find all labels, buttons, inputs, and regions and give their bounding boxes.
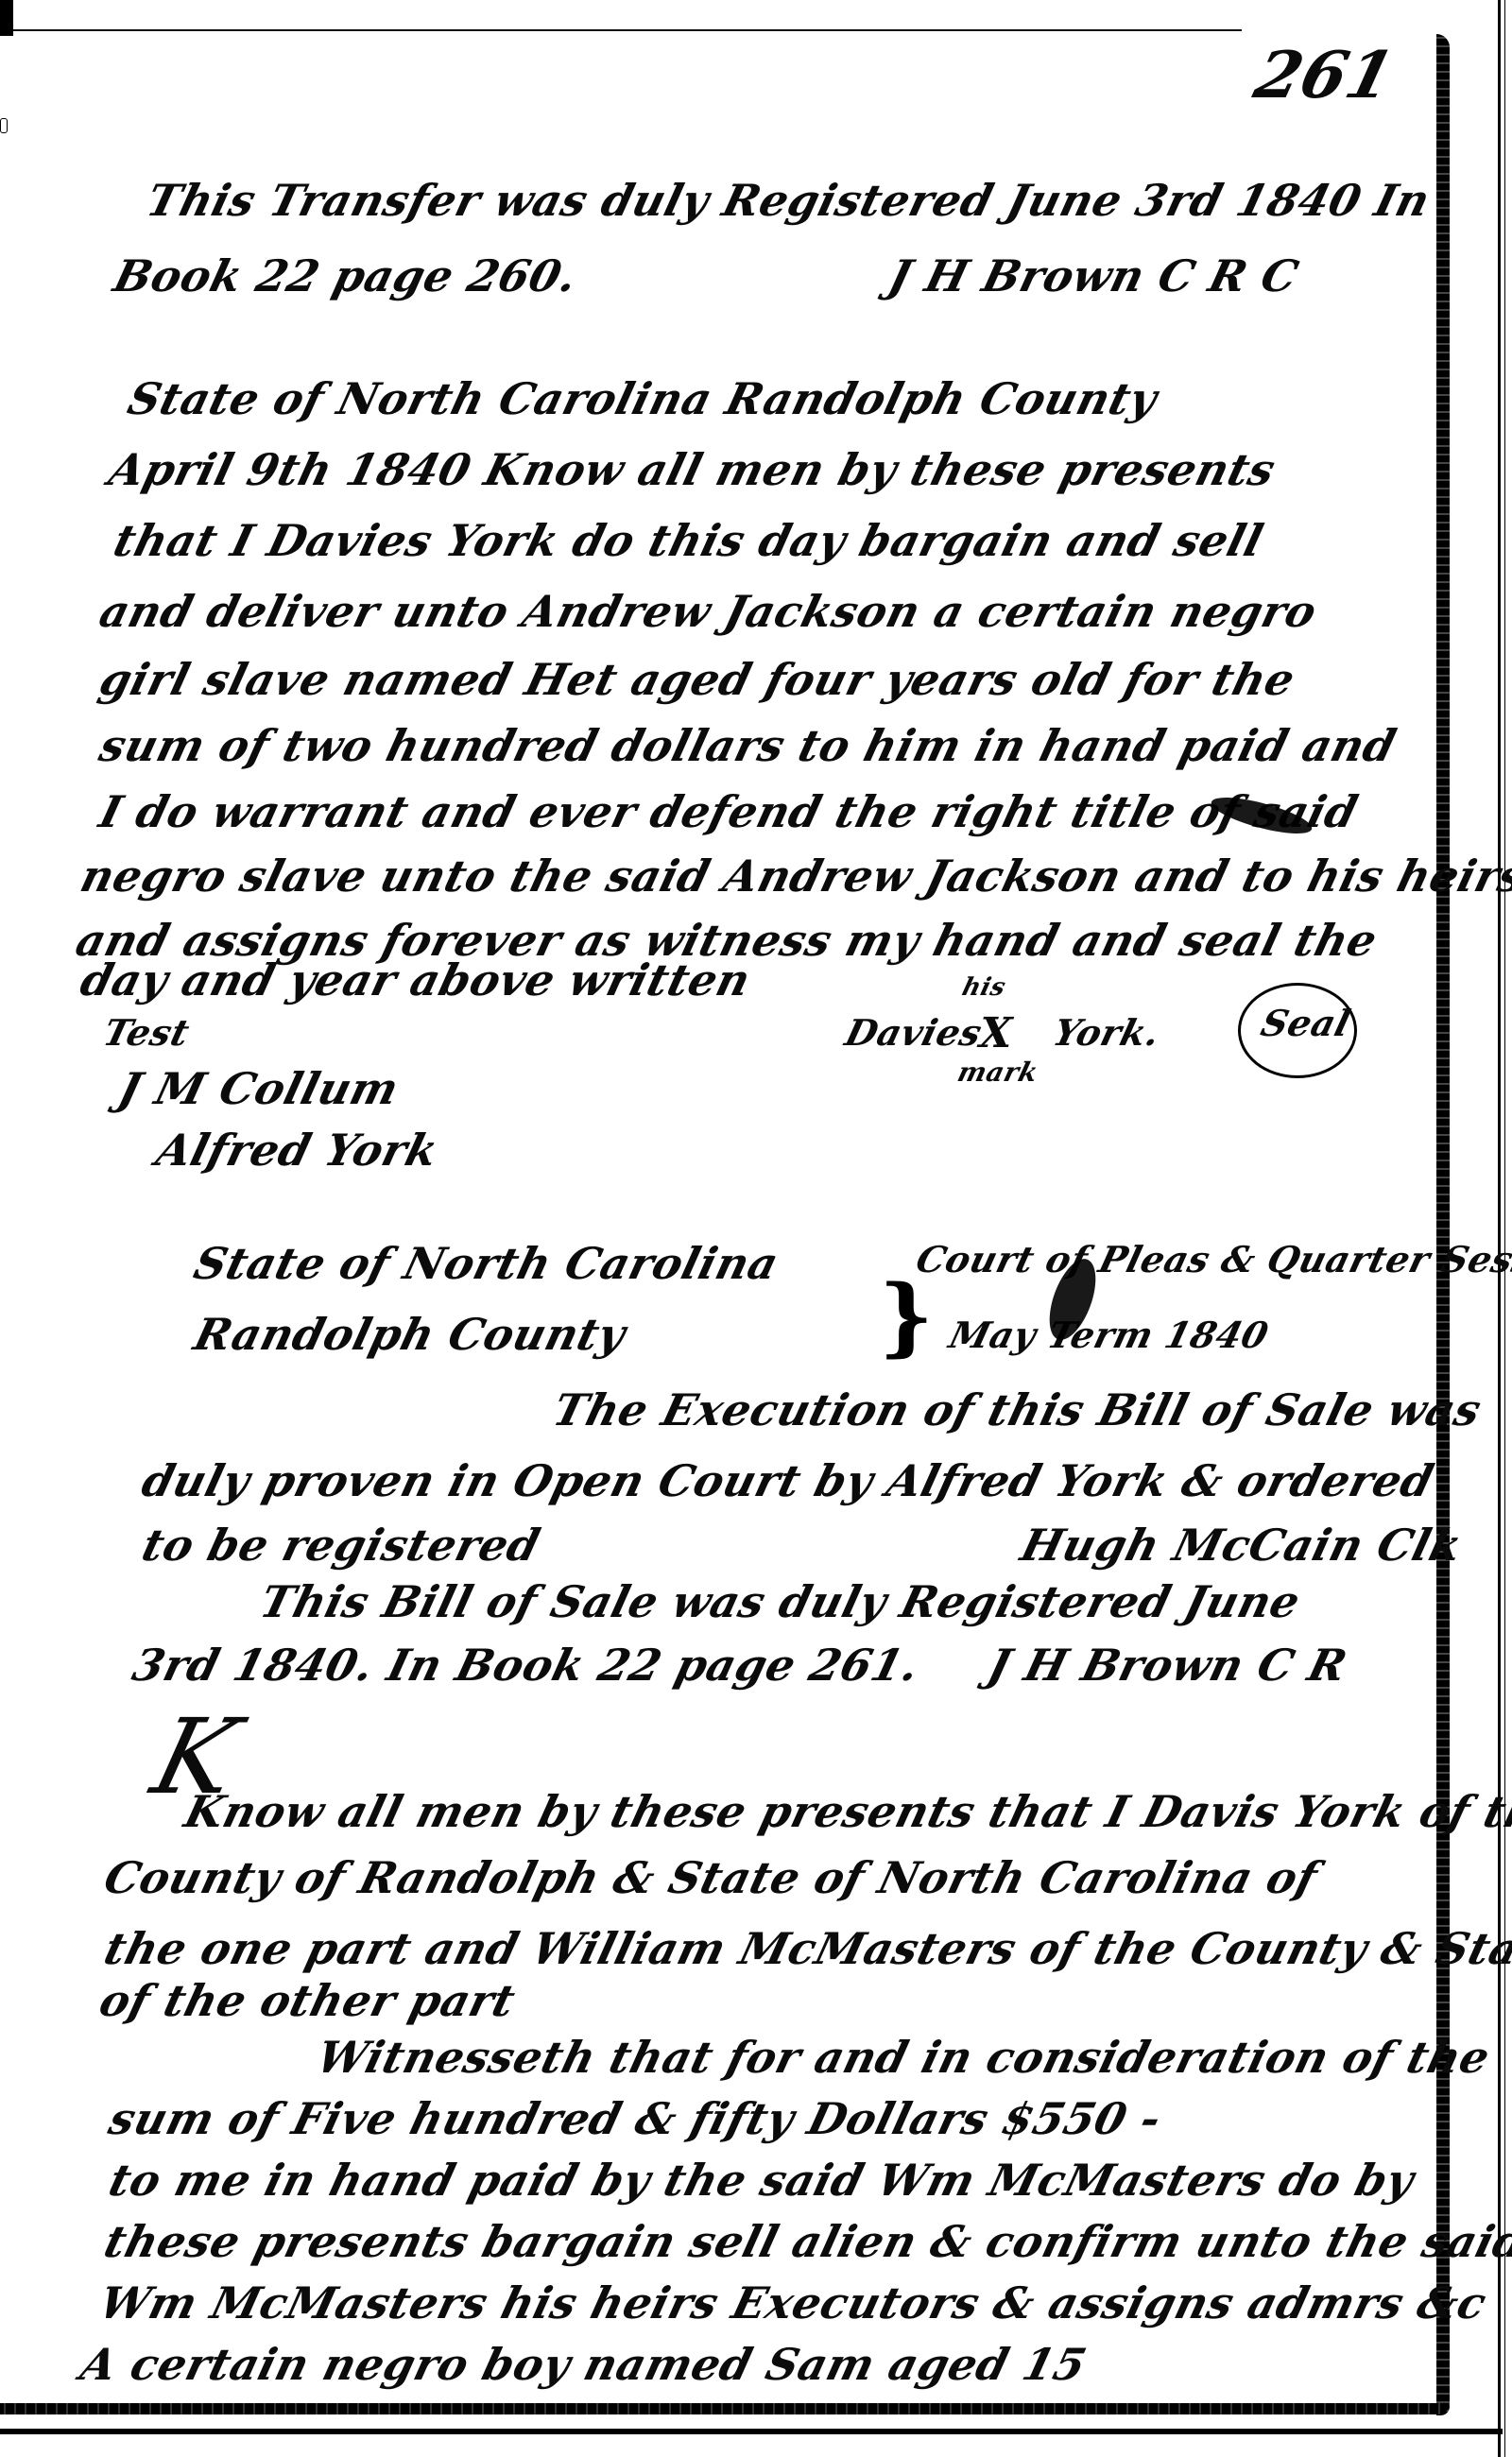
bill-line-2: April 9th 1840 Know all men by these pre… (104, 444, 1280, 495)
bill-line-4: and deliver unto Andrew Jackson a certai… (94, 586, 1322, 637)
brace-icon: } (879, 1266, 934, 1366)
deed-line-3: the one part and William McMasters of th… (99, 1923, 1512, 1974)
scan-frame-right (1498, 0, 1501, 2457)
signer-last-name: York. (1049, 1011, 1164, 1054)
probate-county: Randolph County (189, 1309, 631, 1360)
registration-note-line-2: Book 22 page 260. (109, 250, 583, 301)
witness-1: J M Collum (113, 1063, 404, 1114)
probate-court: Court of Pleas & Quarter Sessions (912, 1238, 1512, 1280)
bill-line-3: that I Davies York do this day bargain a… (109, 515, 1268, 566)
bill-line-6: sum of two hundred dollars to him in han… (94, 720, 1401, 771)
deed-line-7: to me in hand paid by the said Wm McMast… (104, 2155, 1419, 2206)
registrar-signature: J H Brown C R C (884, 250, 1304, 301)
registration2-line-2: 3rd 1840. In Book 22 page 261. (128, 1640, 925, 1691)
witness-2: Alfred York (151, 1125, 443, 1176)
registrar2-signature: J H Brown C R (983, 1640, 1352, 1691)
page-number: 261 (1247, 38, 1401, 113)
deed-line-4: of the other part (94, 1975, 521, 2026)
clerk-signature: Hugh McCain Clk (1016, 1520, 1468, 1571)
deed-line-10: A certain negro boy named Sam aged 15 (76, 2339, 1091, 2390)
attest-label: Test (99, 1011, 194, 1054)
scan-frame-right-inner (1504, 0, 1505, 2457)
signer-mark-below: mark (954, 1057, 1041, 1088)
bill-line-7: I do warrant and ever defend the right t… (94, 786, 1363, 837)
probate-line-2: duly proven in Open Court by Alfred York… (137, 1455, 1439, 1506)
deed-line-1: Know all men by these presents that I Da… (180, 1786, 1512, 1837)
deed-line-2: County of Randolph & State of North Caro… (99, 1852, 1323, 1903)
bill-line-1: State of North Carolina Randolph County (123, 373, 1162, 424)
paper-edge-bottom (0, 2403, 1450, 2414)
probate-line-1: The Execution of this Bill of Sale was (548, 1384, 1486, 1435)
deed-line-5: Witnesseth that for and in consideration… (312, 2032, 1495, 2083)
scan-frame-bottom (0, 2429, 1503, 2434)
top-border-line (13, 29, 1242, 31)
deed-line-6: sum of Five hundred & fifty Dollars $550… (104, 2093, 1166, 2144)
binding-edge (0, 0, 13, 36)
seal-label: Seal (1257, 1002, 1355, 1044)
bill-line-8: negro slave unto the said Andrew Jackson… (76, 850, 1512, 902)
binding-hole (0, 118, 8, 133)
probate-state: State of North Carolina (189, 1238, 783, 1289)
bill-line-10: day and year above written (76, 954, 756, 1005)
probate-line-3: to be registered (137, 1520, 545, 1571)
probate-term: May Term 1840 (945, 1314, 1273, 1356)
scanned-ledger-page: 261 This Transfer was duly Registered Ju… (0, 0, 1512, 2457)
signer-mark-above: his (959, 973, 1008, 1002)
deed-line-9: Wm McMasters his heirs Executors & assig… (94, 2277, 1491, 2328)
bill-line-5: girl slave named Het aged four years old… (94, 654, 1300, 705)
registration-note-line-1: This Transfer was duly Registered June 3… (142, 175, 1435, 226)
deed-line-8: these presents bargain sell alien & conf… (99, 2216, 1512, 2267)
signer-first-name: Davies (841, 1011, 987, 1054)
registration2-line-1: This Bill of Sale was duly Registered Ju… (255, 1576, 1305, 1627)
